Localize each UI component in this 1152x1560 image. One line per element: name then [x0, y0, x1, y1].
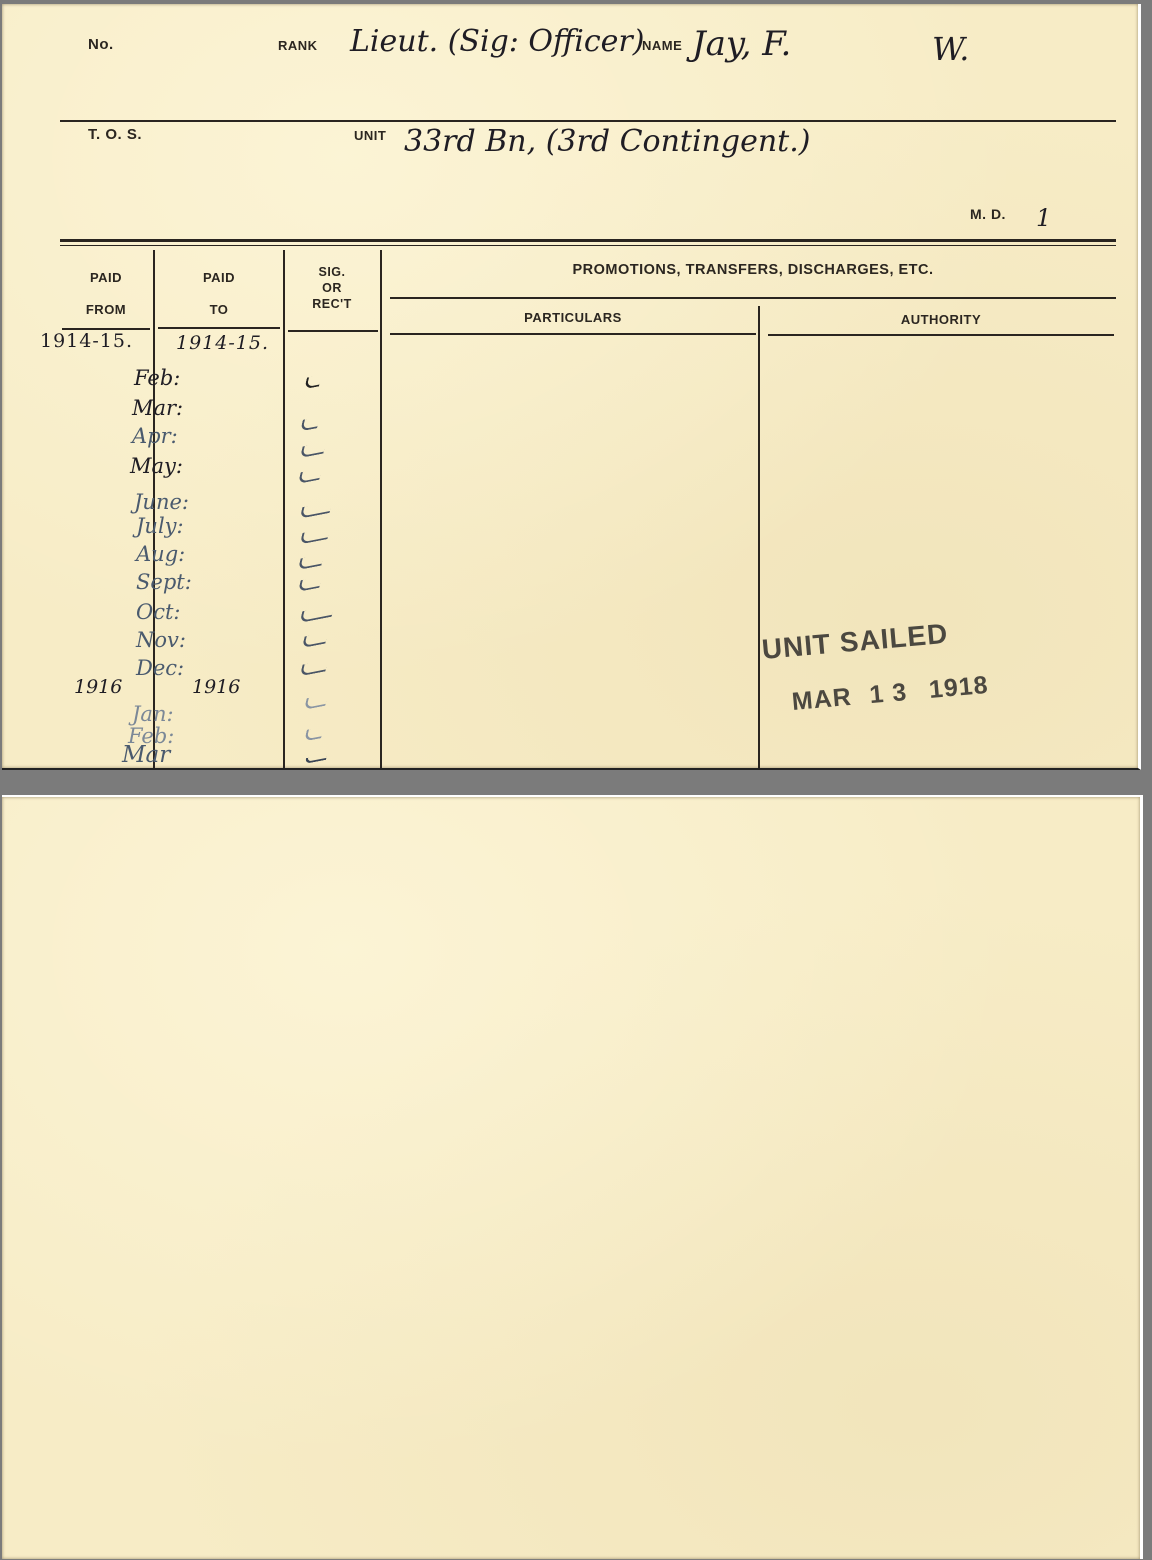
sig-header: SIG. OR REC'T [286, 264, 378, 312]
authority-rule [768, 334, 1114, 336]
sig-rule [288, 330, 378, 332]
col-divider-to-sig [283, 250, 285, 768]
paid-from-year-1: 1914-15. [40, 330, 133, 352]
table-top-rule-thin [60, 245, 1116, 246]
month-entry: Sept: [136, 570, 192, 594]
col-divider-sig-promotions [380, 250, 382, 768]
stamp-day: 1 3 [868, 678, 908, 709]
month-entry: July: [136, 514, 184, 538]
month-entry: Mar: [132, 396, 183, 420]
check-mark-icon [305, 754, 328, 764]
month-entry: Oct: [136, 600, 181, 624]
rank-label: RANK [278, 38, 318, 53]
no-label: No. [88, 36, 114, 53]
check-mark-icon [300, 442, 327, 458]
md-value: 1 [1036, 204, 1051, 232]
paid-from-header: PAID FROM [62, 262, 150, 326]
month-entry: Feb: [134, 366, 180, 390]
name-label: NAME [642, 38, 682, 53]
unit-sailed-stamp: UNIT SAILED [761, 618, 950, 666]
check-mark-icon [299, 605, 334, 623]
month-entry: June: [134, 490, 189, 514]
check-mark-icon [304, 726, 324, 741]
name-value: Jay, F. [692, 24, 791, 64]
particulars-header: PARTICULARS [390, 310, 756, 325]
paid-to-year-1: 1914-15. [176, 332, 269, 354]
unit-label: UNIT [354, 128, 386, 143]
stamp-date: MAR 1 3 1918 [791, 671, 990, 717]
month-entry: Apr: [132, 424, 178, 448]
promotions-subrule [390, 297, 1116, 299]
promotions-header: PROMOTIONS, TRANSFERS, DISCHARGES, ETC. [390, 262, 1116, 278]
check-mark-icon [300, 416, 320, 431]
month-entry: Nov: [136, 628, 186, 652]
unit-value: 33rd Bn, (3rd Contingent.) [404, 124, 810, 159]
check-mark-icon [302, 632, 329, 648]
check-mark-icon [298, 468, 322, 484]
header-divider [60, 120, 1116, 122]
stamp-month: MAR [791, 683, 853, 716]
paid-to-rule [158, 327, 280, 329]
month-entry: Mar [122, 742, 170, 768]
check-mark-icon [298, 554, 325, 570]
name-initial: W. [932, 30, 969, 68]
paid-from-year-2: 1916 [74, 676, 122, 698]
check-mark-icon [298, 576, 322, 592]
table-top-rule [60, 239, 1116, 242]
card-front: No. RANK Lieut. (Sig: Officer) NAME Jay,… [2, 4, 1141, 770]
check-mark-icon [299, 501, 332, 519]
month-entry: May: [130, 454, 183, 478]
check-mark-icon [304, 694, 328, 710]
check-mark-icon [300, 660, 329, 677]
tos-label: T. O. S. [88, 126, 142, 143]
particulars-rule [390, 333, 756, 335]
check-mark-icon [304, 375, 322, 390]
check-mark-icon [300, 527, 331, 544]
month-entry: Jan: [132, 702, 174, 726]
col-divider-particulars-authority [758, 306, 760, 768]
month-entry: Dec: [136, 656, 184, 680]
month-entry: Aug: [136, 542, 185, 566]
paid-to-year-2: 1916 [192, 676, 240, 698]
paid-to-header: PAID TO [158, 262, 280, 326]
stamp-year: 1918 [928, 671, 990, 704]
authority-header: AUTHORITY [768, 312, 1114, 327]
card-back [2, 795, 1143, 1559]
rank-value: Lieut. (Sig: Officer) [350, 24, 644, 59]
md-label: M. D. [970, 206, 1006, 222]
